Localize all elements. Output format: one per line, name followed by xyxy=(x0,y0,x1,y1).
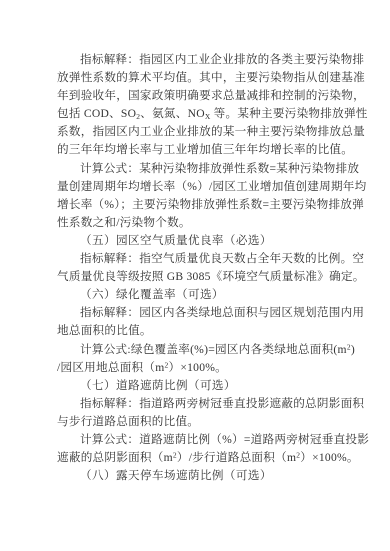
text-line: 地总面积的比值。 xyxy=(57,322,345,340)
text-line: 的三年年均增长率与工业增加值三年年均增长率的比值。 xyxy=(57,141,345,159)
text-line: 系数，指园区内工业企业排放的某一种主要污染物排放总量 xyxy=(57,123,345,141)
text-line: 计算公式:绿色覆盖率(%)=园区内各类绿地总面积(m2) xyxy=(57,341,345,359)
text-line: 年到验收年，国家政策明确要求总量减排和控制的污染物， xyxy=(57,87,345,105)
text-line: 放弹性系数的算术平均值。其中，主要污染物指从创建基准 xyxy=(57,69,345,87)
text-line: 计算公式：道路遮荫比例（%）=道路两旁树冠垂直投影 xyxy=(57,431,345,449)
section-heading-line: （八）露天停车场遮荫比例（可选） xyxy=(57,467,345,485)
text-line: 指标解释：园区内各类绿地总面积与园区规划范围内用 xyxy=(57,304,345,322)
text-line: 计算公式：某种污染物排放弹性系数=某种污染物排放 xyxy=(57,160,345,178)
section-heading-line: （六）绿化覆盖率（可选） xyxy=(57,286,345,304)
text-line: 包括 COD、SO2、氨氮、NOX 等。某种主要污染物排放弹性 xyxy=(57,105,345,123)
text-line: 与步行道路总面积的比值。 xyxy=(57,413,345,431)
section-heading-line: （五）园区空气质量优良率（必选） xyxy=(57,232,345,250)
text-line: 指标解释：指空气质量优良天数占全年天数的比例。空 xyxy=(57,250,345,268)
section-heading-line: （七）道路遮荫比例（可选） xyxy=(57,377,345,395)
text-line: 指标解释：指道路两旁树冠垂直投影遮蔽的总阴影面积 xyxy=(57,395,345,413)
document-text-block: 指标解释：指园区内工业企业排放的各类主要污染物排放弹性系数的算术平均值。其中，主… xyxy=(57,51,345,485)
text-line: 气质量优良等级按照 GB 3085《环境空气质量标准》确定。 xyxy=(57,268,345,286)
text-line: 性系数之和/污染物个数。 xyxy=(57,214,345,232)
document-page: 指标解释：指园区内工业企业排放的各类主要污染物排放弹性系数的算术平均值。其中，主… xyxy=(0,0,390,551)
text-line: 指标解释：指园区内工业企业排放的各类主要污染物排 xyxy=(57,51,345,69)
text-line: 量创建周期年均增长率（%）/园区工业增加值创建周期年均 xyxy=(57,178,345,196)
text-line: 遮蔽的总阴影面积（m2）/步行道路总面积（m2）×100%。 xyxy=(57,449,345,467)
text-line: /园区用地总面积（m2）×100%。 xyxy=(57,359,345,377)
text-line: 增长率（%）；主要污染物排放弹性系数=主要污染物排放弹 xyxy=(57,196,345,214)
